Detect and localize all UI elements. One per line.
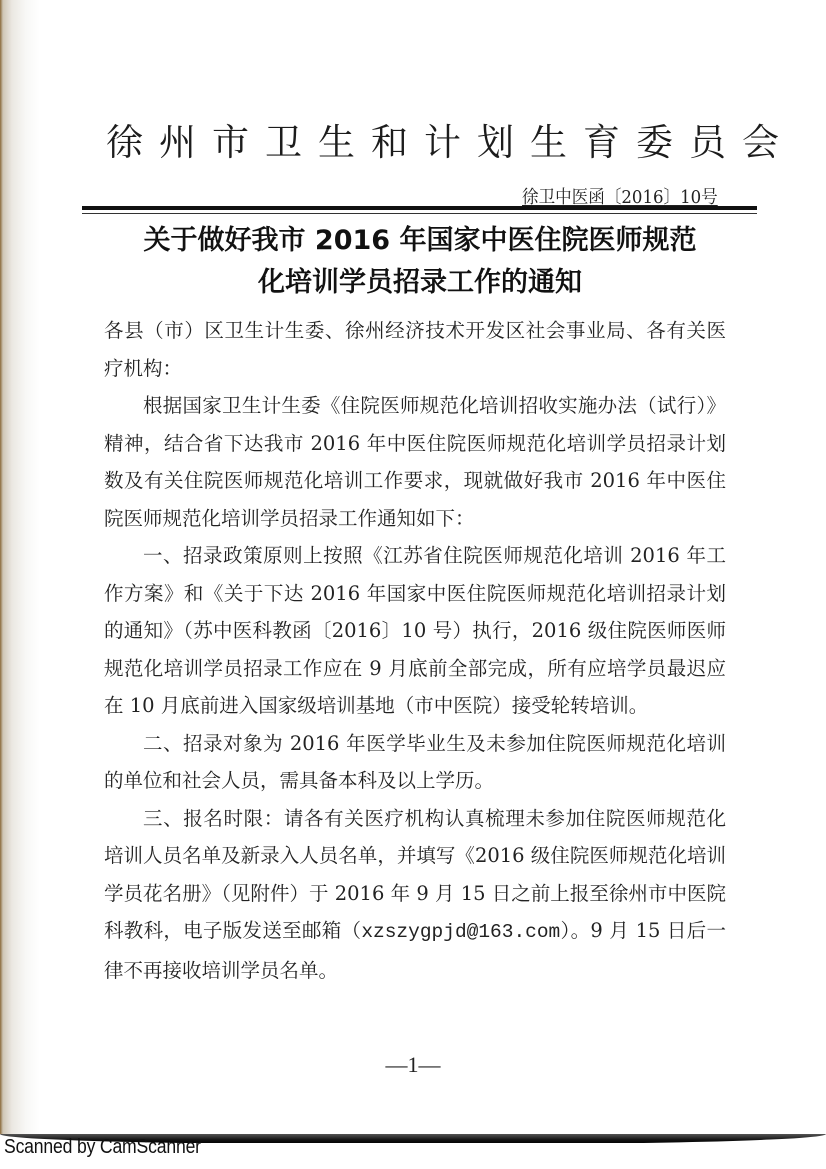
scanner-watermark: Scanned by CamScanner [4, 1136, 201, 1159]
email-address: xzszygpjd@163.com [361, 921, 560, 943]
item-1-paragraph: 一、招录政策原则上按照《江苏省住院医师规范化培训 2016 年工作方案》和《关于… [104, 537, 726, 725]
title-line-2: 化培训学员招录工作的通知 [80, 262, 760, 304]
page-number: —1— [0, 1052, 826, 1078]
salutation: 各县（市）区卫生计生委、徐州经济技术开发区社会事业局、各有关医疗机构： [104, 312, 726, 387]
document-body: 各县（市）区卫生计生委、徐州经济技术开发区社会事业局、各有关医疗机构： 根据国家… [104, 312, 726, 989]
header-rule-thick [82, 206, 757, 210]
title-line-1: 关于做好我市 2016 年国家中医住院医师规范 [80, 220, 760, 262]
item-3-paragraph: 三、报名时限：请各有关医疗机构认真梳理未参加住院医师规范化培训人员名单及新录入人… [104, 800, 726, 990]
organization-header: 徐州市卫生和计划生育委员会 [106, 112, 726, 166]
item-2-paragraph: 二、招录对象为 2016 年医学毕业生及未参加住院医师规范化培训的单位和社会人员… [104, 725, 726, 800]
header-rule-thin [82, 213, 757, 214]
document-page: 徐州市卫生和计划生育委员会 徐卫中医函〔2016〕10号 关于做好我市 2016… [0, 0, 826, 1134]
document-title: 关于做好我市 2016 年国家中医住院医师规范 化培训学员招录工作的通知 [80, 220, 760, 304]
intro-paragraph: 根据国家卫生计生委《住院医师规范化培训招收实施办法（试行）》精神，结合省下达我市… [104, 387, 726, 537]
